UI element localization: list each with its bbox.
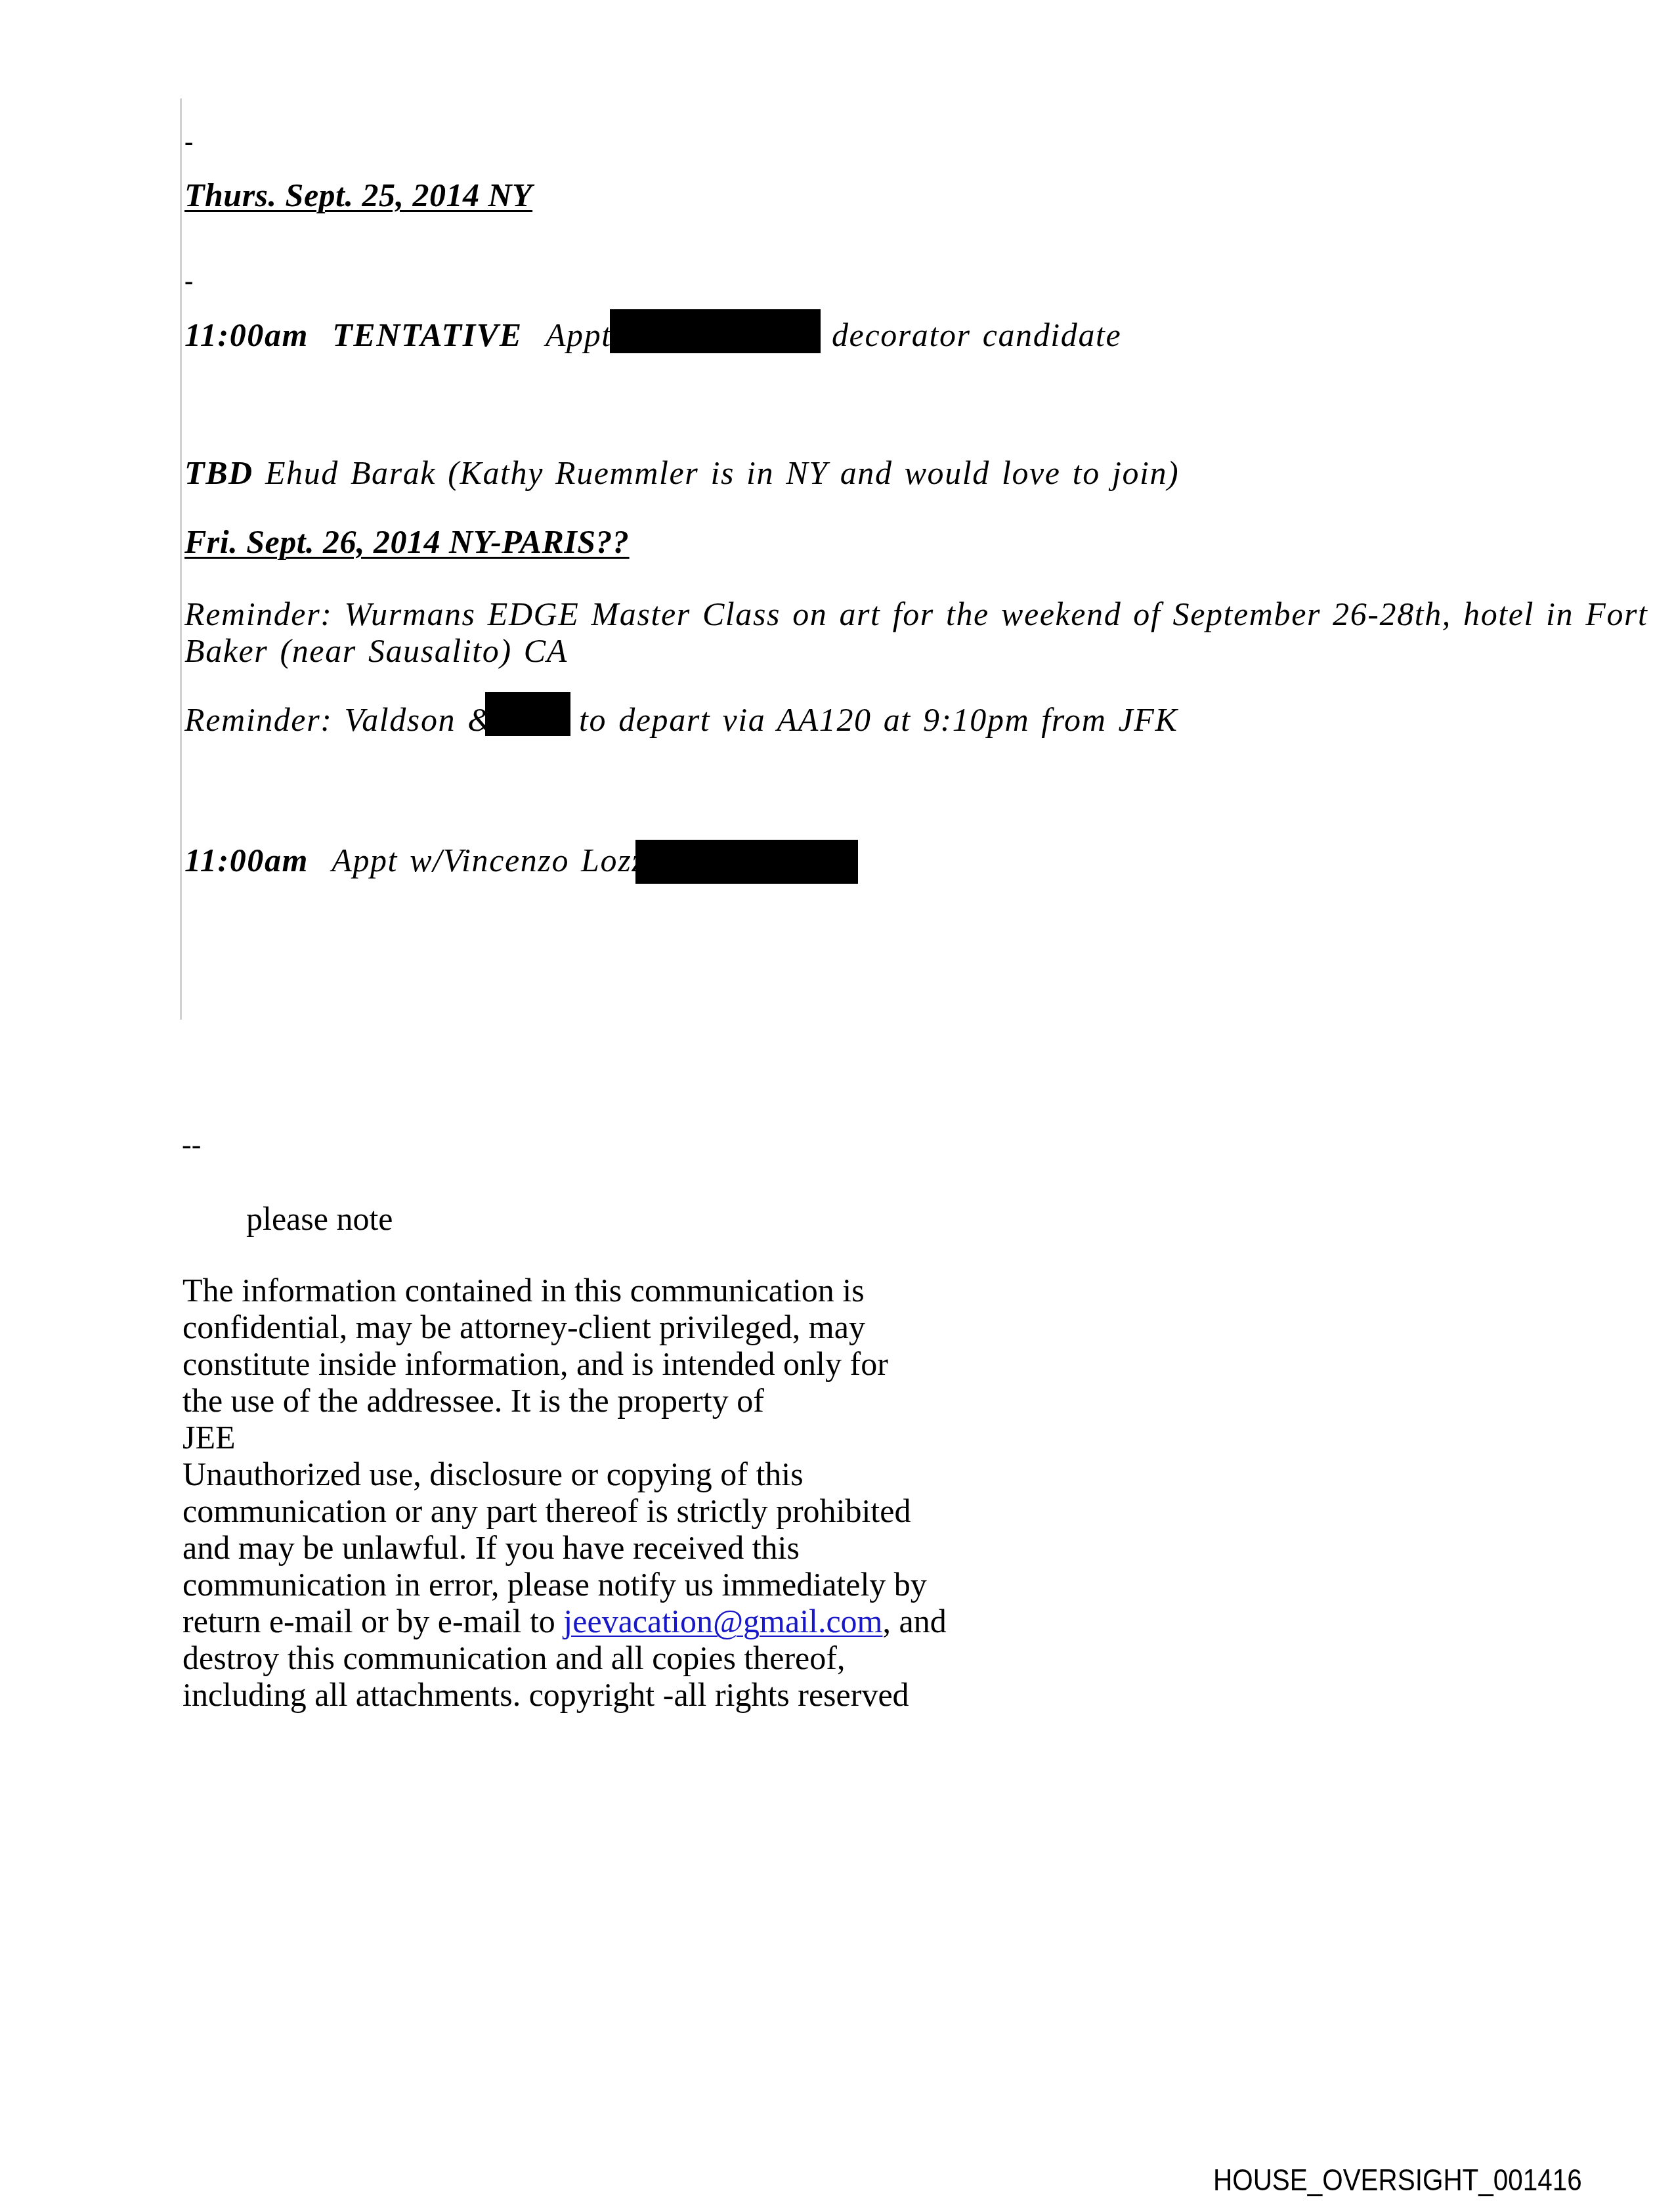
please-note-label: please note: [246, 1202, 393, 1235]
disclaimer-email-prefix: return e-mail or by e-mail to: [182, 1603, 563, 1639]
day-heading-thursday: Thurs. Sept. 25, 2014 NY: [184, 179, 532, 211]
reminder-valdson-after: to depart via AA120 at 9:10pm from JFK: [579, 703, 1178, 736]
confidentiality-disclaimer: The information contained in this commun…: [182, 1272, 947, 1713]
quoted-block-border: [180, 98, 182, 1020]
disclaimer-line: communication or any part thereof is str…: [182, 1492, 947, 1529]
schedule-entry-tentative-appt: 11:00am TENTATIVE Appt w/: [184, 318, 656, 351]
separator-dash: -: [184, 268, 193, 294]
schedule-entry-tbd: TBD Ehud Barak (Kathy Ruemmler is in NY …: [184, 456, 1179, 489]
reminder-valdson: Reminder: Valdson &: [184, 703, 494, 736]
disclaimer-line: including all attachments. copyright -al…: [182, 1676, 947, 1713]
disclaimer-line: destroy this communication and all copie…: [182, 1639, 947, 1676]
entry-time: 11:00am: [184, 316, 309, 353]
entry-time: 11:00am: [184, 842, 309, 878]
disclaimer-line: confidential, may be attorney-client pri…: [182, 1309, 947, 1345]
disclaimer-line: communication in error, please notify us…: [182, 1566, 947, 1603]
document-page: - Thurs. Sept. 25, 2014 NY - 11:00am TEN…: [0, 0, 1674, 2212]
disclaimer-line: The information contained in this commun…: [182, 1272, 947, 1309]
disclaimer-line: JEE: [182, 1419, 947, 1456]
signature-separator: --: [182, 1131, 201, 1160]
bates-stamp: HOUSE_OVERSIGHT_001416: [1213, 2164, 1582, 2195]
contact-email-link[interactable]: jeevacation@gmail.com: [563, 1603, 882, 1639]
reminder-wurmans-line1: Reminder: Wurmans EDGE Master Class on a…: [184, 597, 1648, 630]
day-heading-friday: Fri. Sept. 26, 2014 NY-PARIS??: [184, 525, 630, 558]
disclaimer-email-line: return e-mail or by e-mail to jeevacatio…: [182, 1603, 947, 1639]
separator-dash: -: [184, 129, 193, 155]
disclaimer-line: and may be unlawful. If you have receive…: [182, 1529, 947, 1566]
disclaimer-line: Unauthorized use, disclosure or copying …: [182, 1456, 947, 1492]
entry-text-after: decorator candidate: [832, 318, 1121, 351]
reminder-wurmans-line2: Baker (near Sausalito) CA: [184, 634, 568, 667]
redaction-box: [635, 840, 858, 884]
entry-status: TENTATIVE: [332, 316, 522, 353]
disclaimer-email-suffix: , and: [883, 1603, 947, 1639]
redaction-box: [610, 309, 821, 353]
redaction-box: [485, 692, 570, 736]
disclaimer-line: the use of the addressee. It is the prop…: [182, 1382, 947, 1419]
disclaimer-line: constitute inside information, and is in…: [182, 1345, 947, 1382]
entry-text: Appt w/Vincenzo Lozzo: [332, 842, 663, 878]
entry-text: Ehud Barak (Kathy Ruemmler is in NY and …: [265, 454, 1179, 491]
entry-time: TBD: [184, 454, 253, 491]
schedule-entry-vincenzo: 11:00am Appt w/Vincenzo Lozzo: [184, 844, 663, 877]
